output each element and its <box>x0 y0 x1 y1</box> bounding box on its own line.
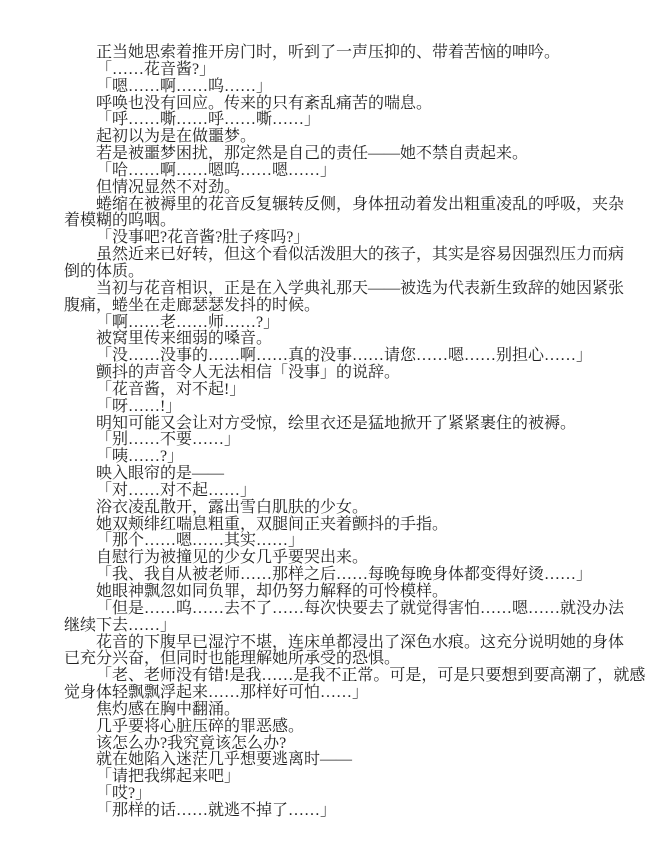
paragraph: 几乎要将心脏压碎的罪恶感。 <box>64 719 650 736</box>
paragraph: 「……花音酱?」 <box>64 62 650 79</box>
paragraph: 「呼……嘶……呼……嘶……」 <box>64 112 650 129</box>
paragraph: 她双颊绯红喘息粗重，双腿间正夹着颤抖的手指。 <box>64 517 650 534</box>
paragraph: 「哎?」 <box>64 786 650 803</box>
paragraph: 「花音酱，对不起!」 <box>64 382 650 399</box>
paragraph: 焦灼感在胸中翻涌。 <box>64 702 650 719</box>
paragraph: 「但是……呜……去不了……每次快要去了就觉得害怕……嗯……就没办法 继续下去……… <box>64 601 650 635</box>
paragraph: 映入眼帘的是—— <box>64 466 650 483</box>
paragraph: 「没……没事的……啊……真的没事……请您……嗯……别担心……」 <box>64 348 650 365</box>
paragraph: 「啊……老……师……?」 <box>64 315 650 332</box>
paragraph: 颤抖的声音令人无法相信「没事」的说辞。 <box>64 365 650 382</box>
paragraph: 花音的下腹早已湿泞不堪，连床单都浸出了深色水痕。这充分说明她的身体 已充分兴奋，… <box>64 635 650 669</box>
paragraph: 若是被噩梦困扰，那定然是自己的责任——她不禁自责起来。 <box>64 146 650 163</box>
paragraph: 她眼神飘忽如同负罪，却仍努力解释的可怜模样。 <box>64 584 650 601</box>
paragraph: 「嗯……啊……呜……」 <box>64 79 650 96</box>
paragraph: 「那样的话……就逃不掉了……」 <box>64 803 650 820</box>
paragraph: 该怎么办?我究竟该怎么办? <box>64 736 650 753</box>
paragraph: 当初与花音相识，正是在入学典礼那天——被选为代表新生致辞的她因紧张 腹痛，蜷坐在… <box>64 281 650 315</box>
paragraph: 起初以为是在做噩梦。 <box>64 129 650 146</box>
paragraph: 被窝里传来细弱的嗓音。 <box>64 331 650 348</box>
paragraph: 浴衣凌乱散开，露出雪白肌肤的少女。 <box>64 500 650 517</box>
paragraph: 自慰行为被撞见的少女几乎要哭出来。 <box>64 550 650 567</box>
paragraph: 就在她陷入迷茫几乎想要逃离时—— <box>64 752 650 769</box>
paragraph: 蜷缩在被褥里的花音反复辗转反侧，身体扭动着发出粗重凌乱的呼吸，夹杂 着模糊的呜咽… <box>64 197 650 231</box>
paragraph: 「没事吧?花音酱?肚子疼吗?」 <box>64 230 650 247</box>
paragraph: 「老、老师没有错!是我……是我不正常。可是，可是只要想到要高潮了，就感 觉身体轻… <box>64 668 650 702</box>
paragraph: 「那个……嗯……其实……」 <box>64 533 650 550</box>
paragraph: 但情况显然不对劲。 <box>64 180 650 197</box>
paragraph: 「哈……啊……嗯呜……嗯……」 <box>64 163 650 180</box>
paragraph: 明知可能又会让对方受惊，绘里衣还是猛地掀开了紧紧裹住的被褥。 <box>64 416 650 433</box>
paragraph: 呼唤也没有回应。传来的只有紊乱痛苦的喘息。 <box>64 96 650 113</box>
paragraph: 「对……对不起……」 <box>64 483 650 500</box>
paragraph: 正当她思索着推开房门时，听到了一声压抑的、带着苦恼的呻吟。 <box>64 45 650 62</box>
paragraph: 「请把我绑起来吧」 <box>64 769 650 786</box>
novel-text: 正当她思索着推开房门时，听到了一声压抑的、带着苦恼的呻吟。「……花音酱?」「嗯…… <box>64 45 650 820</box>
paragraph: 「别……不要……」 <box>64 432 650 449</box>
paragraph: 「咦……?」 <box>64 449 650 466</box>
paragraph: 虽然近来已好转，但这个看似活泼胆大的孩子，其实是容易因强烈压力而病 倒的体质。 <box>64 247 650 281</box>
book-page: 正当她思索着推开房门时，听到了一声压抑的、带着苦恼的呻吟。「……花音酱?」「嗯…… <box>0 0 650 850</box>
paragraph: 「我、我自从被老师……那样之后……每晚每晚身体都变得好烫……」 <box>64 567 650 584</box>
paragraph: 「呀……!」 <box>64 399 650 416</box>
